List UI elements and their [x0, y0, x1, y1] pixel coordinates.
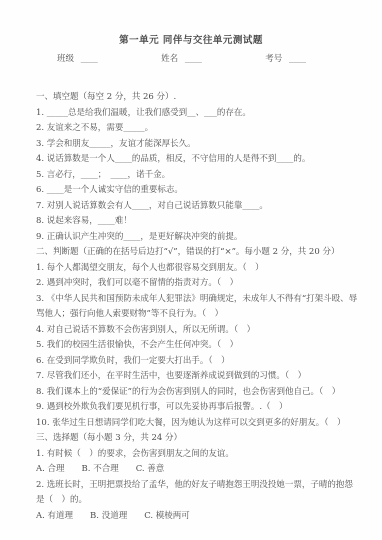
section-true-false-heading: 二、判断题（正确的在括号后边打“√”，错误的打“×”。每小题 2 分，共 20 …	[36, 245, 360, 261]
exam-number-label: 考号	[265, 54, 282, 64]
class-blank-line: ____	[81, 54, 98, 64]
true-false-item-4: 4. 对自己说话不算数不会伤害到别人，所以无所谓。（ ）	[36, 323, 360, 339]
section-fill-in-heading: 一、填空题（每空 2 分，共 26 分）.	[36, 90, 360, 106]
true-false-item-1: 1. 每个人都渴望交朋友，每个人也都很容易交到朋友。（ ）	[36, 261, 360, 277]
true-false-item-10: 10. 张华过生日想请同学们吃大餐，因为她认为这样可以交到更多的好朋友。（ ）	[36, 416, 360, 432]
true-false-item-9: 9. 遇到校外欺负我们要见机行事，可以先妥协再事后报警。.（ ）	[36, 400, 360, 416]
fill-in-item-5: 5. 言必行，____； ____，诺千金。	[36, 168, 360, 184]
fill-in-item-1: 1. _____总是给我们温暖，让我们感受到__、___的存在。	[36, 106, 360, 122]
fill-in-item-6: 6. ____是一个人诚实守信的重要标志。	[36, 183, 360, 199]
choice-question-1: 1. 有时候（ ）的要求，会伤害到朋友之间的友谊。	[36, 447, 360, 463]
true-false-item-8: 8. 我们课本上的“爱保证”的行为会伤害到别人的同时，也会伤害到他自己。（ ）	[36, 385, 360, 401]
true-false-item-2: 2. 遇到冲突时，我们可以毫不留情的指责对方。（ ）	[36, 276, 360, 292]
test-paper-page: 第一单元 同伴与交往单元测试题 班级 ____ 姓名 ____ 考号 ____ …	[0, 0, 382, 540]
choice-question-2: 2. 选班长时，王明把票投给了孟华，他的好友子晴抱怨王明没投她一票，子晴的抱怨是…	[36, 478, 360, 509]
name-blank-line: ____	[185, 54, 202, 64]
fill-in-item-8: 8. 说起来容易，____难！	[36, 214, 360, 230]
fill-in-item-4: 4. 说话算数是一个人____的品质，相反，不守信用的人是得不到____的。	[36, 152, 360, 168]
true-false-item-6: 6. 在受到同学欺负时，我们一定要大打出手。（ ）	[36, 354, 360, 370]
true-false-item-7: 7. 尽管我们还小，在平时生活中，也要逐渐养成说到做到的习惯。（ ）	[36, 369, 360, 385]
true-false-item-5: 5. 我们的校园生活很愉快，不会产生任何冲突。（ ）	[36, 338, 360, 354]
page-title: 第一单元 同伴与交往单元测试题	[36, 34, 346, 48]
exam-number-blank-line: ____	[289, 54, 306, 64]
section-multiple-choice-heading: 三、选择题（每小题 3 分，共 24 分）	[36, 431, 360, 447]
class-label: 班级	[57, 54, 74, 64]
choice-question-2-options: A. 有道理 B. 没道理 C. 模棱两可	[36, 509, 360, 525]
true-false-item-3: 3. 《中华人民共和国预防未成年人犯罪法》明确规定，未成年人不得有“打架斗殴、辱…	[36, 292, 360, 323]
name-field: 姓名 ____	[161, 52, 202, 66]
fill-in-item-2: 2. 友谊来之不易，需要_____。	[36, 121, 360, 137]
student-info-row: 班级 ____ 姓名 ____ 考号 ____	[57, 52, 306, 66]
exam-number-field: 考号 ____	[265, 52, 306, 66]
name-label: 姓名	[161, 54, 178, 64]
fill-in-item-9: 9. 正确认识产生冲突的____，是更好解决冲突的前提。	[36, 230, 360, 246]
fill-in-item-3: 3. 学会和朋友_____，友谊才能深厚长久。	[36, 137, 360, 153]
fill-in-item-7: 7. 对别人说话算数会有人____，对自己说话算数只能靠____。	[36, 199, 360, 215]
class-field: 班级 ____	[57, 52, 98, 66]
choice-question-1-options: A. 合理 B. 不合理 C. 善意	[36, 462, 360, 478]
